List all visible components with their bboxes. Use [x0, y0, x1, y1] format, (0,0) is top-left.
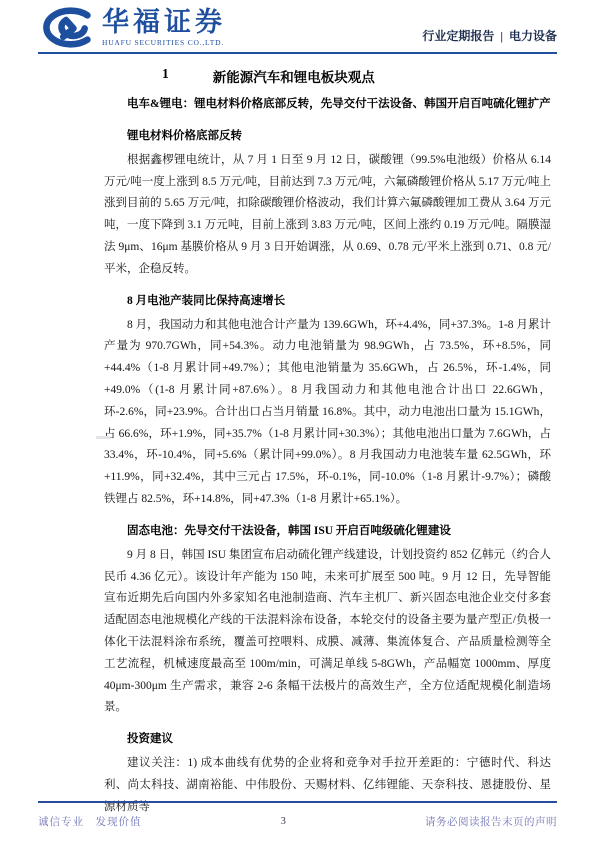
- lead-summary: 电车&锂电：锂电材料价格底部反转，先导交付干法设备、韩国开启百吨硫化锂扩产: [104, 94, 551, 116]
- paragraph-investment-advice: 建议关注：1) 成本曲线有优势的企业将和竞争对手拉开差距的：宁德时代、科达利、尚…: [104, 753, 551, 818]
- footer-disclaimer: 请务必阅读报告末页的声明: [425, 814, 557, 829]
- page-footer: 诚信专业 发现价值 3 请务必阅读报告末页的声明: [38, 814, 557, 829]
- page-number: 3: [281, 816, 286, 827]
- report-type-label: 行业定期报告: [422, 29, 494, 43]
- logo-text: 华福证券 HUAFU SECURITIES CO.,LTD.: [102, 8, 226, 47]
- heading-solid-state: 固态电池：先导交付干法设备，韩国 ISU 开启百吨级硫化锂建设: [127, 523, 551, 539]
- section-heading: 1 新能源汽车和锂电板块观点: [162, 66, 551, 86]
- footer-divider: [38, 801, 557, 803]
- report-page: 华福证券 HUAFU SECURITIES CO.,LTD. 行业定期报告|电力…: [0, 0, 595, 841]
- category-separator: |: [494, 29, 509, 43]
- page-header: 华福证券 HUAFU SECURITIES CO.,LTD. 行业定期报告|电力…: [38, 6, 557, 54]
- report-body: 1 新能源汽车和锂电板块观点 电车&锂电：锂电材料价格底部反转，先导交付干法设备…: [104, 56, 551, 819]
- industry-label: 电力设备: [509, 29, 557, 43]
- brand-name-cn: 华福证券: [102, 8, 226, 36]
- paragraph-material-price: 根据鑫椤锂电统计，从 7 月 1 日至 9 月 12 日，碳酸锂（99.5%电池…: [104, 150, 551, 281]
- paragraph-solid-state: 9 月 8 日，韩国 ISU 集团宣布启动硫化锂产线建设，计划投资约 852 亿…: [104, 545, 551, 719]
- header-row: 华福证券 HUAFU SECURITIES CO.,LTD. 行业定期报告|电力…: [38, 6, 557, 54]
- heading-material-price: 锂电材料价格底部反转: [127, 128, 551, 144]
- report-category: 行业定期报告|电力设备: [422, 27, 557, 49]
- huafu-swirl-icon: [38, 6, 94, 49]
- footer-slogan: 诚信专业 发现价值: [38, 814, 142, 829]
- section-number: 1: [162, 66, 169, 86]
- brand-name-en: HUAFU SECURITIES CO.,LTD.: [102, 38, 226, 47]
- huafu-logo: 华福证券 HUAFU SECURITIES CO.,LTD.: [38, 6, 226, 49]
- section-title: 新能源汽车和锂电板块观点: [213, 66, 375, 86]
- paragraph-battery-output: 8 月，我国动力和其他电池合计产量为 139.6GWh，环+4.4%，同+37.…: [104, 315, 551, 511]
- heading-battery-output: 8 月电池产装同比保持高速增长: [127, 293, 551, 309]
- scan-artifact: [96, 436, 110, 439]
- heading-investment-advice: 投资建议: [127, 731, 551, 747]
